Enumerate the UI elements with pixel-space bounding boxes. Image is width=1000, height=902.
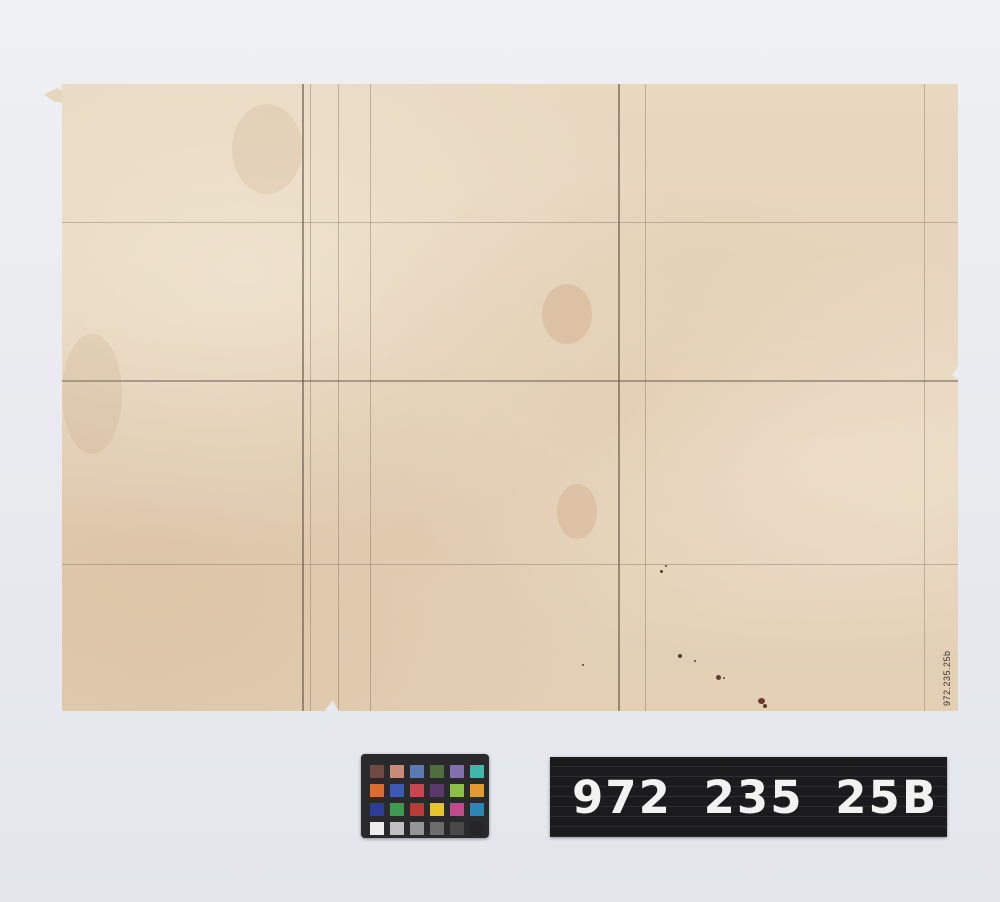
stain	[542, 284, 592, 344]
ink-spot	[723, 677, 725, 679]
color-swatch	[410, 803, 424, 816]
document-sheet	[62, 84, 958, 711]
handwritten-catalog-number: 972.235.25b	[942, 650, 952, 706]
ink-spot	[694, 660, 696, 662]
color-swatch	[410, 765, 424, 778]
ink-spot	[665, 565, 667, 567]
ink-spot	[678, 654, 682, 658]
catalog-number-text: 972 235 25B	[572, 771, 938, 824]
vertical-fold-line	[924, 84, 925, 711]
color-swatch	[470, 765, 484, 778]
color-swatch	[450, 765, 464, 778]
stain	[557, 484, 597, 539]
ink-spot	[582, 664, 584, 666]
stain	[232, 104, 302, 194]
horizontal-fold-line	[62, 380, 958, 382]
color-swatch	[370, 784, 384, 797]
horizontal-fold-line	[62, 222, 958, 223]
ink-spot	[660, 570, 663, 573]
vertical-fold-line	[645, 84, 646, 711]
color-swatch	[450, 822, 464, 835]
color-swatch	[390, 803, 404, 816]
color-swatch	[390, 765, 404, 778]
color-swatch	[410, 822, 424, 835]
color-swatch	[370, 803, 384, 816]
color-swatch	[430, 765, 444, 778]
color-swatch	[470, 822, 484, 835]
color-swatch	[450, 784, 464, 797]
vertical-fold-line	[618, 84, 620, 711]
vertical-fold-line	[310, 84, 311, 711]
color-swatch	[390, 822, 404, 835]
ink-spot	[763, 704, 767, 708]
ink-spot	[716, 675, 721, 680]
horizontal-fold-line	[62, 564, 958, 565]
color-swatch	[370, 822, 384, 835]
color-swatch	[430, 784, 444, 797]
color-swatch	[410, 784, 424, 797]
color-swatch	[430, 822, 444, 835]
color-checker-card	[361, 754, 489, 838]
catalog-number-label: 972 235 25B	[550, 757, 947, 837]
color-swatch	[470, 803, 484, 816]
stain	[62, 334, 122, 454]
vertical-fold-line	[338, 84, 339, 711]
color-swatch	[430, 803, 444, 816]
color-swatch	[470, 784, 484, 797]
color-swatch	[450, 803, 464, 816]
vertical-fold-line	[370, 84, 371, 711]
color-swatch	[370, 765, 384, 778]
color-swatch	[390, 784, 404, 797]
vertical-fold-line	[302, 84, 304, 711]
